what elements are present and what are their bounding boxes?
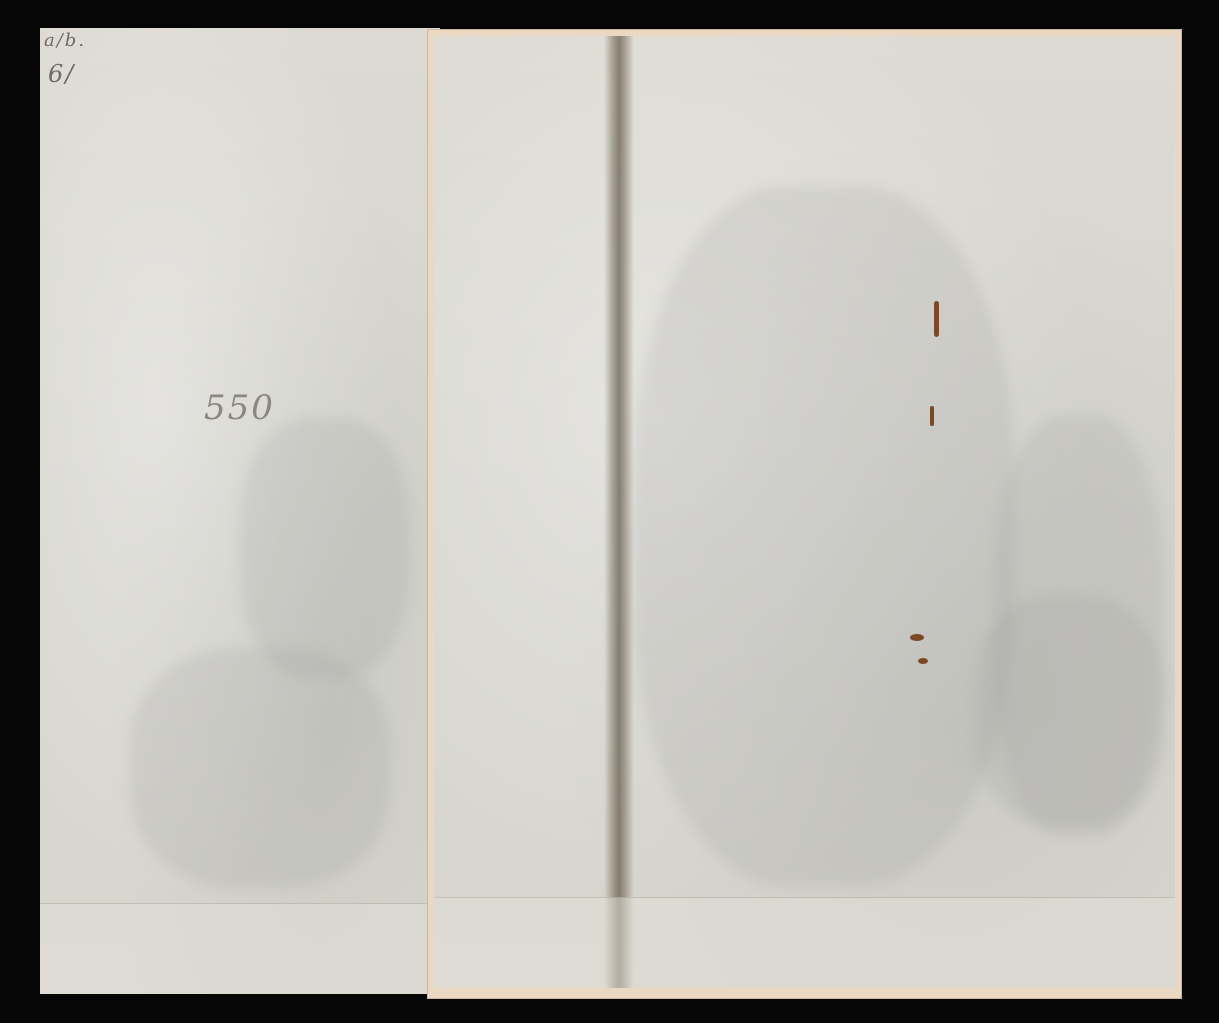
caption-band — [40, 903, 440, 994]
top-left-number: 6/ — [48, 60, 75, 88]
left-paper-sheet: a/b. 6/ 550 — [40, 28, 440, 994]
top-left-mark: a/b. — [44, 30, 86, 51]
rust-stain — [910, 634, 924, 641]
rust-stain — [930, 406, 934, 426]
show-through-figure-lower — [130, 648, 390, 888]
rust-stain — [918, 658, 928, 664]
show-through-figure — [240, 418, 410, 678]
show-through-figure — [634, 186, 1014, 886]
show-through-figure-right — [974, 596, 1164, 826]
caption-band — [434, 897, 1175, 988]
center-fold — [604, 36, 634, 988]
right-paper-sheet — [428, 30, 1181, 998]
rust-stain — [934, 301, 939, 337]
pencil-number: 550 — [204, 388, 275, 428]
